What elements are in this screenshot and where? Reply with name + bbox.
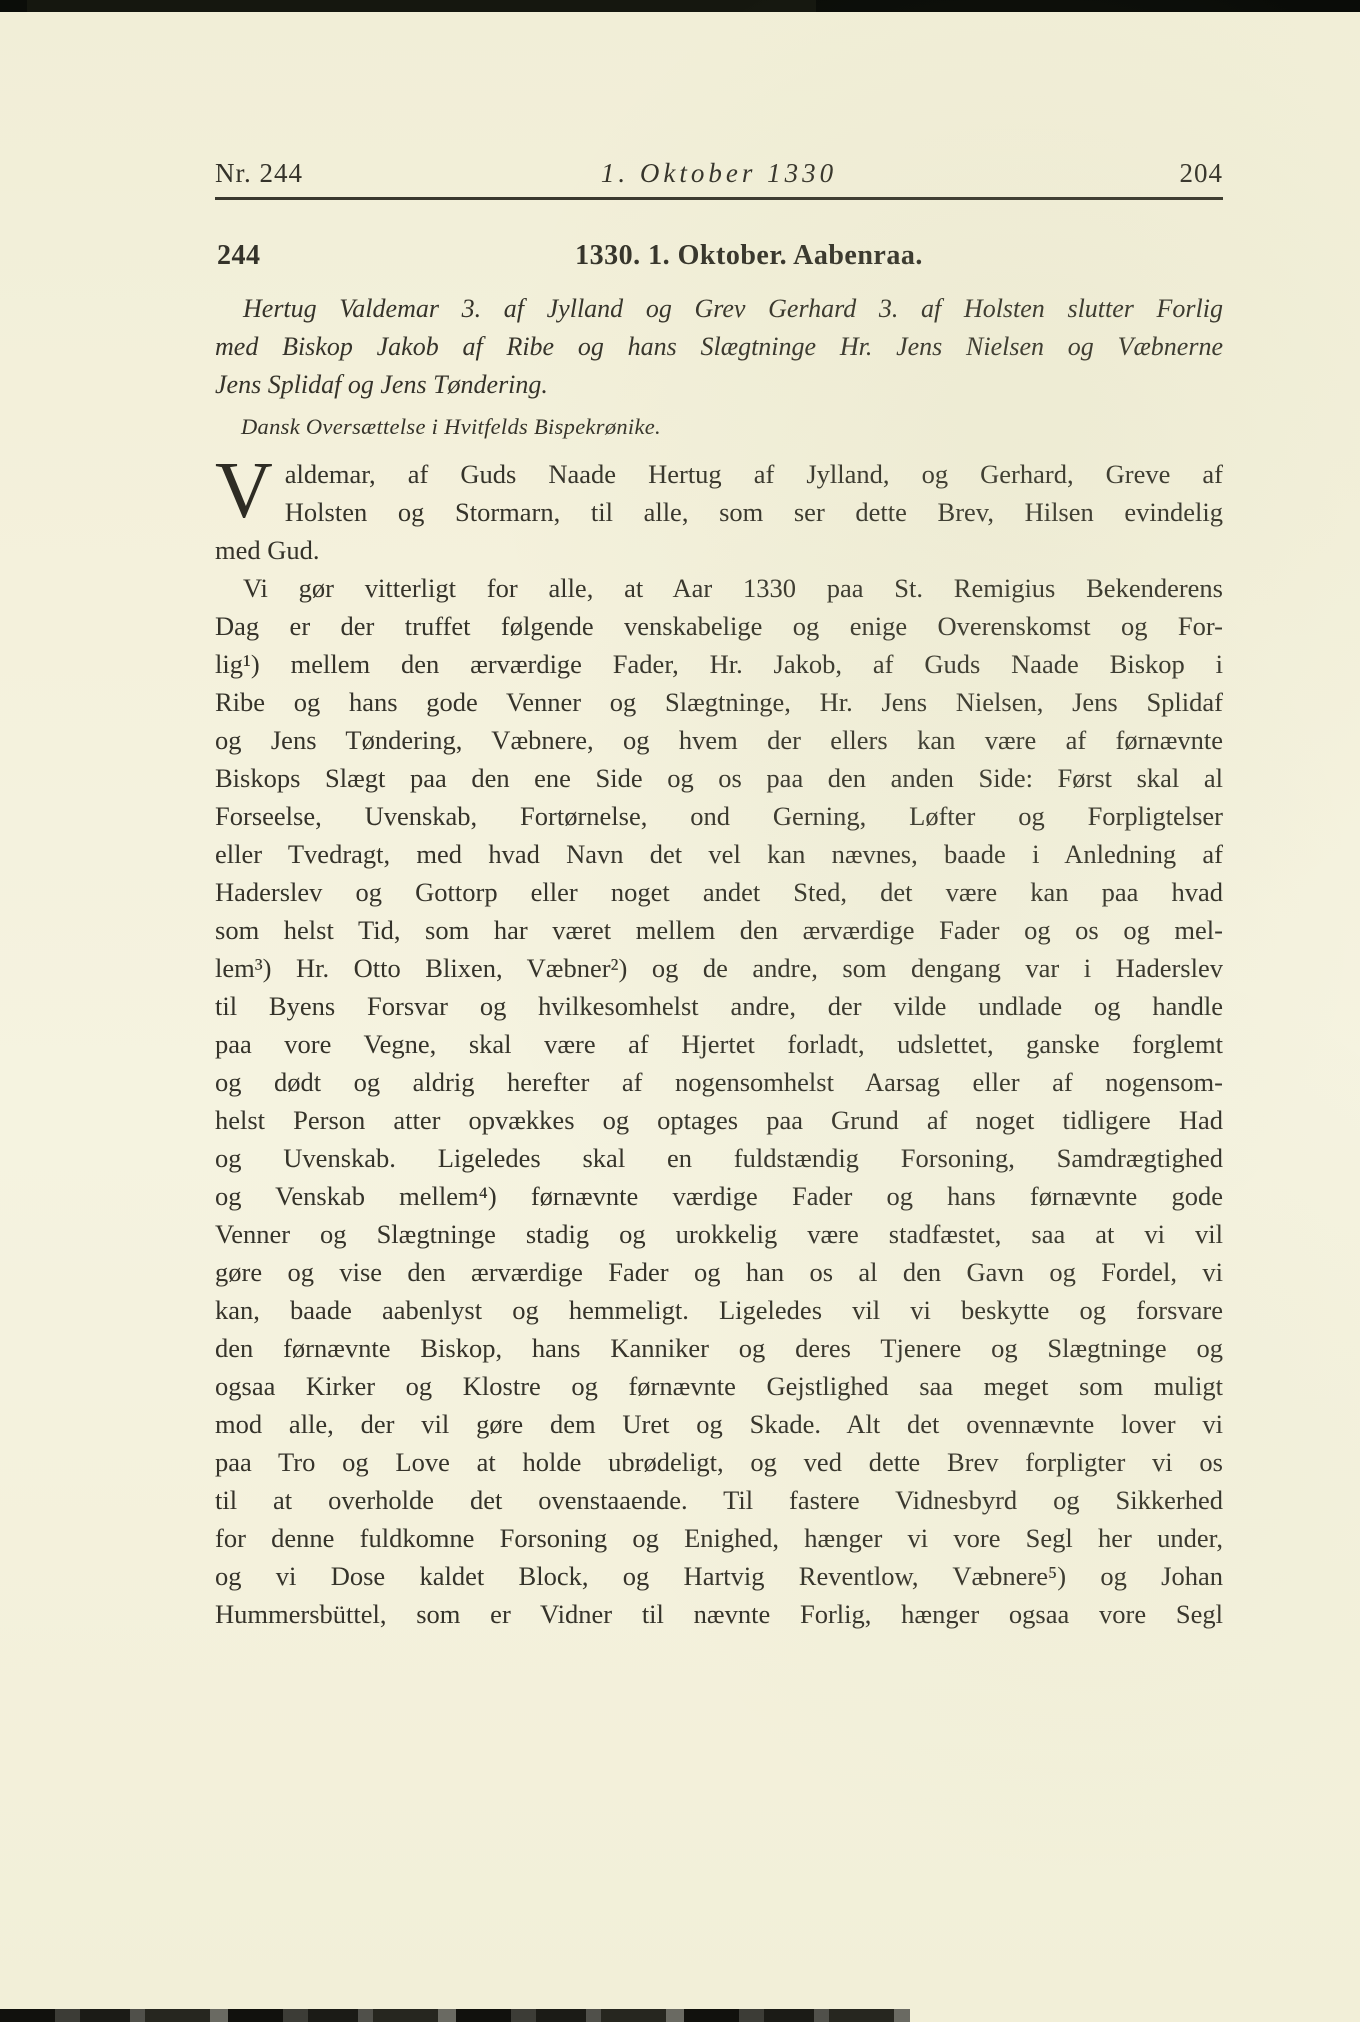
text-line: kan, baade aabenlyst og hemmeligt. Ligel… [215,1291,1223,1329]
text-line: lem³) Hr. Otto Blixen, Væbner²) og de an… [215,949,1223,987]
opening-lines: aldemar, af Guds Naade Hertug af Jylland… [215,455,1223,569]
scan-top-edge [0,0,1360,12]
text-line: Dag er der truffet følgende venskabelige… [215,607,1223,645]
scan-bottom-edge [0,2009,910,2022]
entry-summary: Hertug Valdemar 3. af Jylland og Grev Ge… [215,290,1223,404]
text-line: og Uvenskab. Ligeledes skal en fuldstænd… [215,1139,1223,1177]
text-line: eller Tvedragt, med hvad Navn det vel ka… [215,835,1223,873]
body-text: V aldemar, af Guds Naade Hertug af Jylla… [215,455,1223,1633]
text-line: Ribe og hans gode Venner og Slægtninge, … [215,683,1223,721]
text-line: som helst Tid, som har været mellem den … [215,911,1223,949]
text-line: Holsten og Stormarn, til alle, som ser d… [215,493,1223,531]
header-running-title: 1. Oktober 1330 [215,158,1223,189]
text-line: Biskops Slægt paa den ene Side og os paa… [215,759,1223,797]
scanned-book-page: Nr. 244 1. Oktober 1330 204 244 1330. 1.… [0,0,1360,2022]
running-header: Nr. 244 1. Oktober 1330 204 [215,158,1223,196]
entry-number: 244 [217,240,261,272]
text-line: paa vore Vegne, skal være af Hjertet for… [215,1025,1223,1063]
text-line: aldemar, af Guds Naade Hertug af Jylland… [215,455,1223,493]
text-line: for denne fuldkomne Forsoning og Enighed… [215,1519,1223,1557]
text-line: med Gud. [215,531,1223,569]
text-line: gøre og vise den ærværdige Fader og han … [215,1253,1223,1291]
text-line: ogsaa Kirker og Klostre og førnævnte Gej… [215,1367,1223,1405]
entry-title: 1330. 1. Oktober. Aabenraa. [215,240,1223,272]
text-line: Venner og Slægtninge stadig og urokkelig… [215,1215,1223,1253]
text-line: til Byens Forsvar og hvilkesomhelst andr… [215,987,1223,1025]
text-line: lig¹) mellem den ærværdige Fader, Hr. Ja… [215,645,1223,683]
text-line: Forseelse, Uvenskab, Fortørnelse, ond Ge… [215,797,1223,835]
text-line: Jens Splidaf og Jens Tøndering. [215,366,1223,404]
opening-paragraph: V aldemar, af Guds Naade Hertug af Jylla… [215,455,1223,569]
main-paragraph: Vi gør vitterligt for alle, at Aar 1330 … [215,569,1223,1633]
text-line: og Jens Tøndering, Væbnere, og hvem der … [215,721,1223,759]
text-line: paa Tro og Love at holde ubrødeligt, og … [215,1443,1223,1481]
drop-cap: V [215,455,285,529]
text-line: Hummersbüttel, som er Vidner til nævnte … [215,1595,1223,1633]
text-line: og Venskab mellem⁴) førnævnte værdige Fa… [215,1177,1223,1215]
header-rule [215,197,1223,200]
text-line: med Biskop Jakob af Ribe og hans Slægtni… [215,328,1223,366]
text-line: og dødt og aldrig herefter af nogensomhe… [215,1063,1223,1101]
text-line: Hertug Valdemar 3. af Jylland og Grev Ge… [215,290,1223,328]
text-line: Haderslev og Gottorp eller noget andet S… [215,873,1223,911]
text-line: og vi Dose kaldet Block, og Hartvig Reve… [215,1557,1223,1595]
text-line: helst Person atter opvækkes og optages p… [215,1101,1223,1139]
text-line: Vi gør vitterligt for alle, at Aar 1330 … [215,569,1223,607]
text-line: til at overholde det ovenstaaende. Til f… [215,1481,1223,1519]
text-line: den førnævnte Biskop, hans Kanniker og d… [215,1329,1223,1367]
text-line: mod alle, der vil gøre dem Uret og Skade… [215,1405,1223,1443]
source-note: Dansk Oversættelse i Hvitfelds Bispekrøn… [241,414,661,440]
entry-heading: 244 1330. 1. Oktober. Aabenraa. [215,240,1223,272]
header-page-number: 204 [1180,158,1224,189]
